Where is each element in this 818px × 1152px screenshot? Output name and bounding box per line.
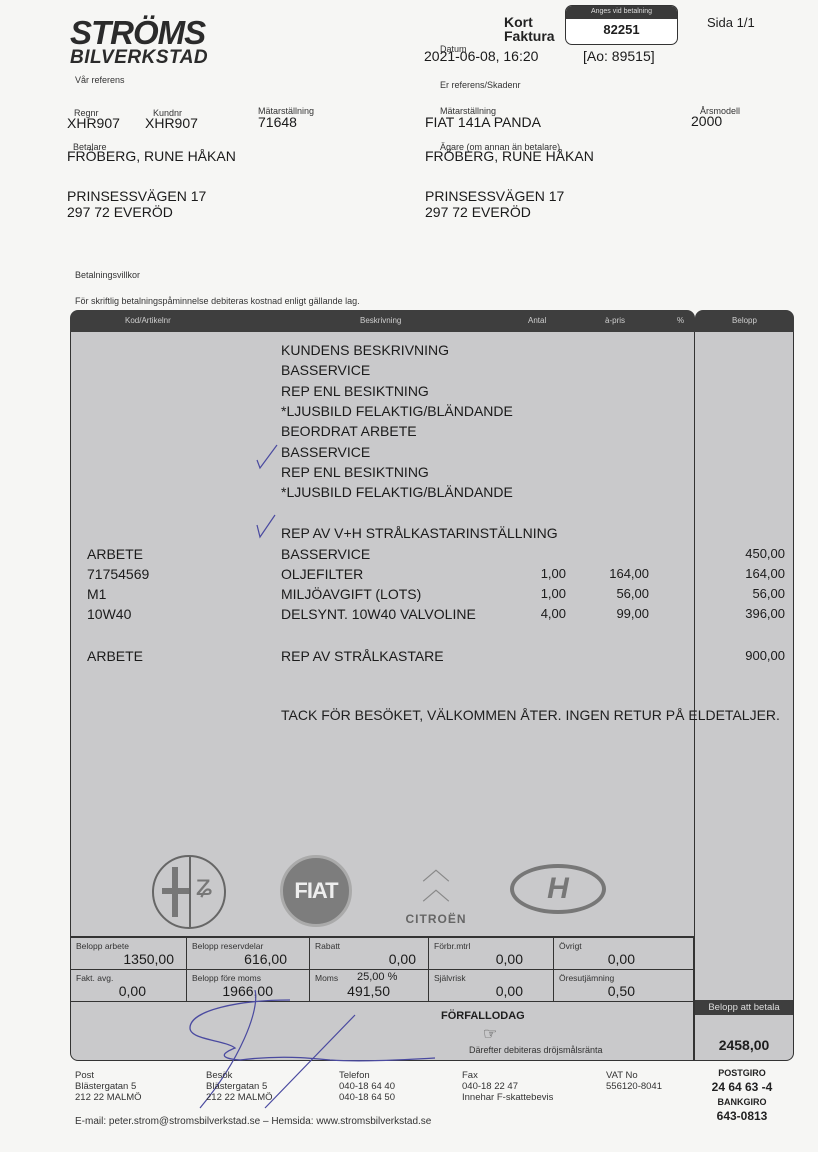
col-qty: Antal [528,316,546,325]
ao-number: [Ao: 89515] [583,48,655,64]
checkmark-icon [255,440,285,540]
fee-label: Fakt. avg. [76,973,113,983]
labor-amount: 1350,00 [123,951,174,967]
item-qty [500,646,566,666]
postgiro: 24 64 63 -4 [700,1080,784,1094]
note-line: *LJUSBILD FELAKTIG/BLÄNDANDE [281,401,513,421]
item-qty: 4,00 [500,604,566,624]
discount-label: Rabatt [315,941,340,951]
company-logo-line1: STRÖMS [70,18,205,48]
note-line: REP AV V+H STRÅLKASTARINSTÄLLNING [281,523,558,543]
citroen-logo-icon: ︿︿ CITROËN [396,860,476,926]
payment-ref-label: Anges vid betalning [566,6,677,19]
other-amount: 0,00 [608,951,635,967]
model-year: 2000 [691,113,722,129]
payer-name: FRÖBERG, RUNE HÅKAN [67,148,236,164]
item-qty: 1,00 [500,564,566,584]
payer-street: PRINSESSVÄGEN 17 [67,188,206,204]
item-price [580,544,649,564]
invoice-date: 2021-06-08, 16:20 [424,48,538,64]
terms-label: Betalningsvillkor [75,270,140,280]
post-city: 212 22 MALMÖ [75,1092,142,1103]
post-street: Blästergatan 5 [75,1081,142,1092]
item-price: 56,00 [580,584,649,604]
amount-column [694,332,794,1002]
parts-label: Belopp reservdelar [192,941,263,951]
rounding-label: Öresutjämning [559,973,614,983]
col-price: à-pris [605,316,625,325]
col-code: Kod/Artikelnr [125,316,171,325]
owner-name: FRÖBERG, RUNE HÅKAN [425,148,594,164]
rounding-amount: 0,50 [608,983,635,999]
phone-1: 040-18 64 40 [339,1081,395,1092]
total-box: Belopp att betala 2458,00 [694,1000,794,1061]
page-number: Sida 1/1 [707,15,755,30]
item-code: ARBETE [87,544,143,564]
owner-city: 297 72 EVERÖD [425,204,531,220]
note-line: BASSERVICE [281,442,370,462]
item-amount: 56,00 [700,584,785,604]
item-description: DELSYNT. 10W40 VALVOLINE [281,604,476,624]
phone-label: Telefon [339,1070,395,1081]
bankgiro: 643-0813 [700,1109,784,1123]
note-line: KUNDENS BESKRIVNING [281,340,449,360]
doc-type-line2: Faktura [504,29,555,43]
payment-ref: 82251 [566,19,677,41]
vat-rate: 25,00 % [357,971,397,983]
visit-label: Besök [206,1070,273,1081]
col-desc: Beskrivning [360,316,401,325]
deductible-label: Självrisk [434,973,466,983]
total-amount: 2458,00 [695,1037,793,1053]
item-code: 10W40 [87,604,131,624]
item-price: 164,00 [580,564,649,584]
terms-text: För skriftlig betalningspåminnelse debit… [75,296,360,306]
note-line: REP ENL BESIKTNING [281,381,429,401]
your-ref-label: Er referens/Skadenr [440,80,521,90]
item-description: REP AV STRÅLKASTARE [281,646,444,666]
footer-fax: Fax 040-18 22 47 Innehar F-skattebevis [462,1070,553,1103]
regnr: XHR907 [67,115,120,131]
pre-vat-label: Belopp före moms [192,973,261,983]
visit-street: Blästergatan 5 [206,1081,273,1092]
vat-no-label: VAT No [606,1070,662,1081]
fiat-logo-icon: FIAT [280,855,352,927]
doc-type-line1: Kort [504,15,555,29]
item-amount: 164,00 [700,564,785,584]
our-ref-label: Vår referens [75,75,125,85]
item-amount: 450,00 [700,544,785,564]
footer-contact[interactable]: E-mail: peter.strom@stromsbilverkstad.se… [75,1116,431,1127]
pointing-hand-icon: ☞ [483,1024,497,1044]
total-label: Belopp att betala [695,1000,793,1015]
discount-amount: 0,00 [389,951,416,967]
parts-amount: 616,00 [244,951,287,967]
postgiro-label: POSTGIRO [700,1068,784,1078]
alfa-romeo-logo-icon: ʑ [152,855,226,929]
post-label: Post [75,1070,142,1081]
col-amount: Belopp [695,310,794,332]
vat-no: 556120-8041 [606,1081,662,1092]
note-line: BEORDRAT ARBETE [281,421,417,441]
labor-label: Belopp arbete [76,941,129,951]
phone-2: 040-18 64 50 [339,1092,395,1103]
hyundai-logo-icon: H [510,864,606,914]
fax-label: Fax [462,1070,553,1081]
company-logo-line2: BILVERKSTAD [70,48,208,68]
item-code: M1 [87,584,106,604]
fax-number: 040-18 22 47 [462,1081,553,1092]
due-note: Därefter debiteras dröjsmålsränta [469,1045,603,1055]
thanks-message: TACK FÖR BESÖKET, VÄLKOMMEN ÅTER. INGEN … [281,707,780,723]
payer-city: 297 72 EVERÖD [67,204,173,220]
item-amount: 900,00 [700,646,785,666]
other-label: Övrigt [559,941,582,951]
footer-visit: Besök Blästergatan 5 212 22 MALMÖ [206,1070,273,1103]
item-code: ARBETE [87,646,143,666]
visit-city: 212 22 MALMÖ [206,1092,273,1103]
item-description: MILJÖAVGIFT (LOTS) [281,584,421,604]
payment-ref-box: Anges vid betalning 82251 [565,5,678,45]
note-line: REP ENL BESIKTNING [281,462,429,482]
ftax-note: Innehar F-skattebevis [462,1092,553,1103]
item-qty: 1,00 [500,584,566,604]
kundnr: XHR907 [145,115,198,131]
footer-giro: POSTGIRO 24 64 63 -4 BANKGIRO 643-0813 [700,1068,784,1123]
fee-amount: 0,00 [119,983,146,999]
item-qty [500,544,566,564]
deductible-amount: 0,00 [496,983,523,999]
note-line: BASSERVICE [281,360,370,380]
mileage: 71648 [258,114,297,130]
footer-post: Post Blästergatan 5 212 22 MALMÖ [75,1070,142,1103]
fiat-logo-text: FIAT [294,878,337,904]
bankgiro-label: BANKGIRO [700,1097,784,1107]
footer-vat: VAT No 556120-8041 [606,1070,662,1092]
item-price: 99,00 [580,604,649,624]
citroen-logo-text: CITROËN [396,912,476,926]
col-pct: % [677,316,684,325]
table-header: Kod/Artikelnr Beskrivning Antal à-pris % [70,310,695,332]
item-code: 71754569 [87,564,149,584]
item-amount: 396,00 [700,604,785,624]
item-description: BASSERVICE [281,544,370,564]
note-line: *LJUSBILD FELAKTIG/BLÄNDANDE [281,482,513,502]
owner-street: PRINSESSVÄGEN 17 [425,188,564,204]
consumables-amount: 0,00 [496,951,523,967]
vehicle-model: FIAT 141A PANDA [425,114,541,130]
item-price [580,646,649,666]
footer-phone: Telefon 040-18 64 40 040-18 64 50 [339,1070,395,1103]
due-date-label: FÖRFALLODAG [441,1010,525,1022]
vat-label: Moms [315,973,338,983]
item-description: OLJEFILTER [281,564,363,584]
consumables-label: Förbr.mtrl [434,941,470,951]
doc-type: Kort Faktura [504,15,555,43]
